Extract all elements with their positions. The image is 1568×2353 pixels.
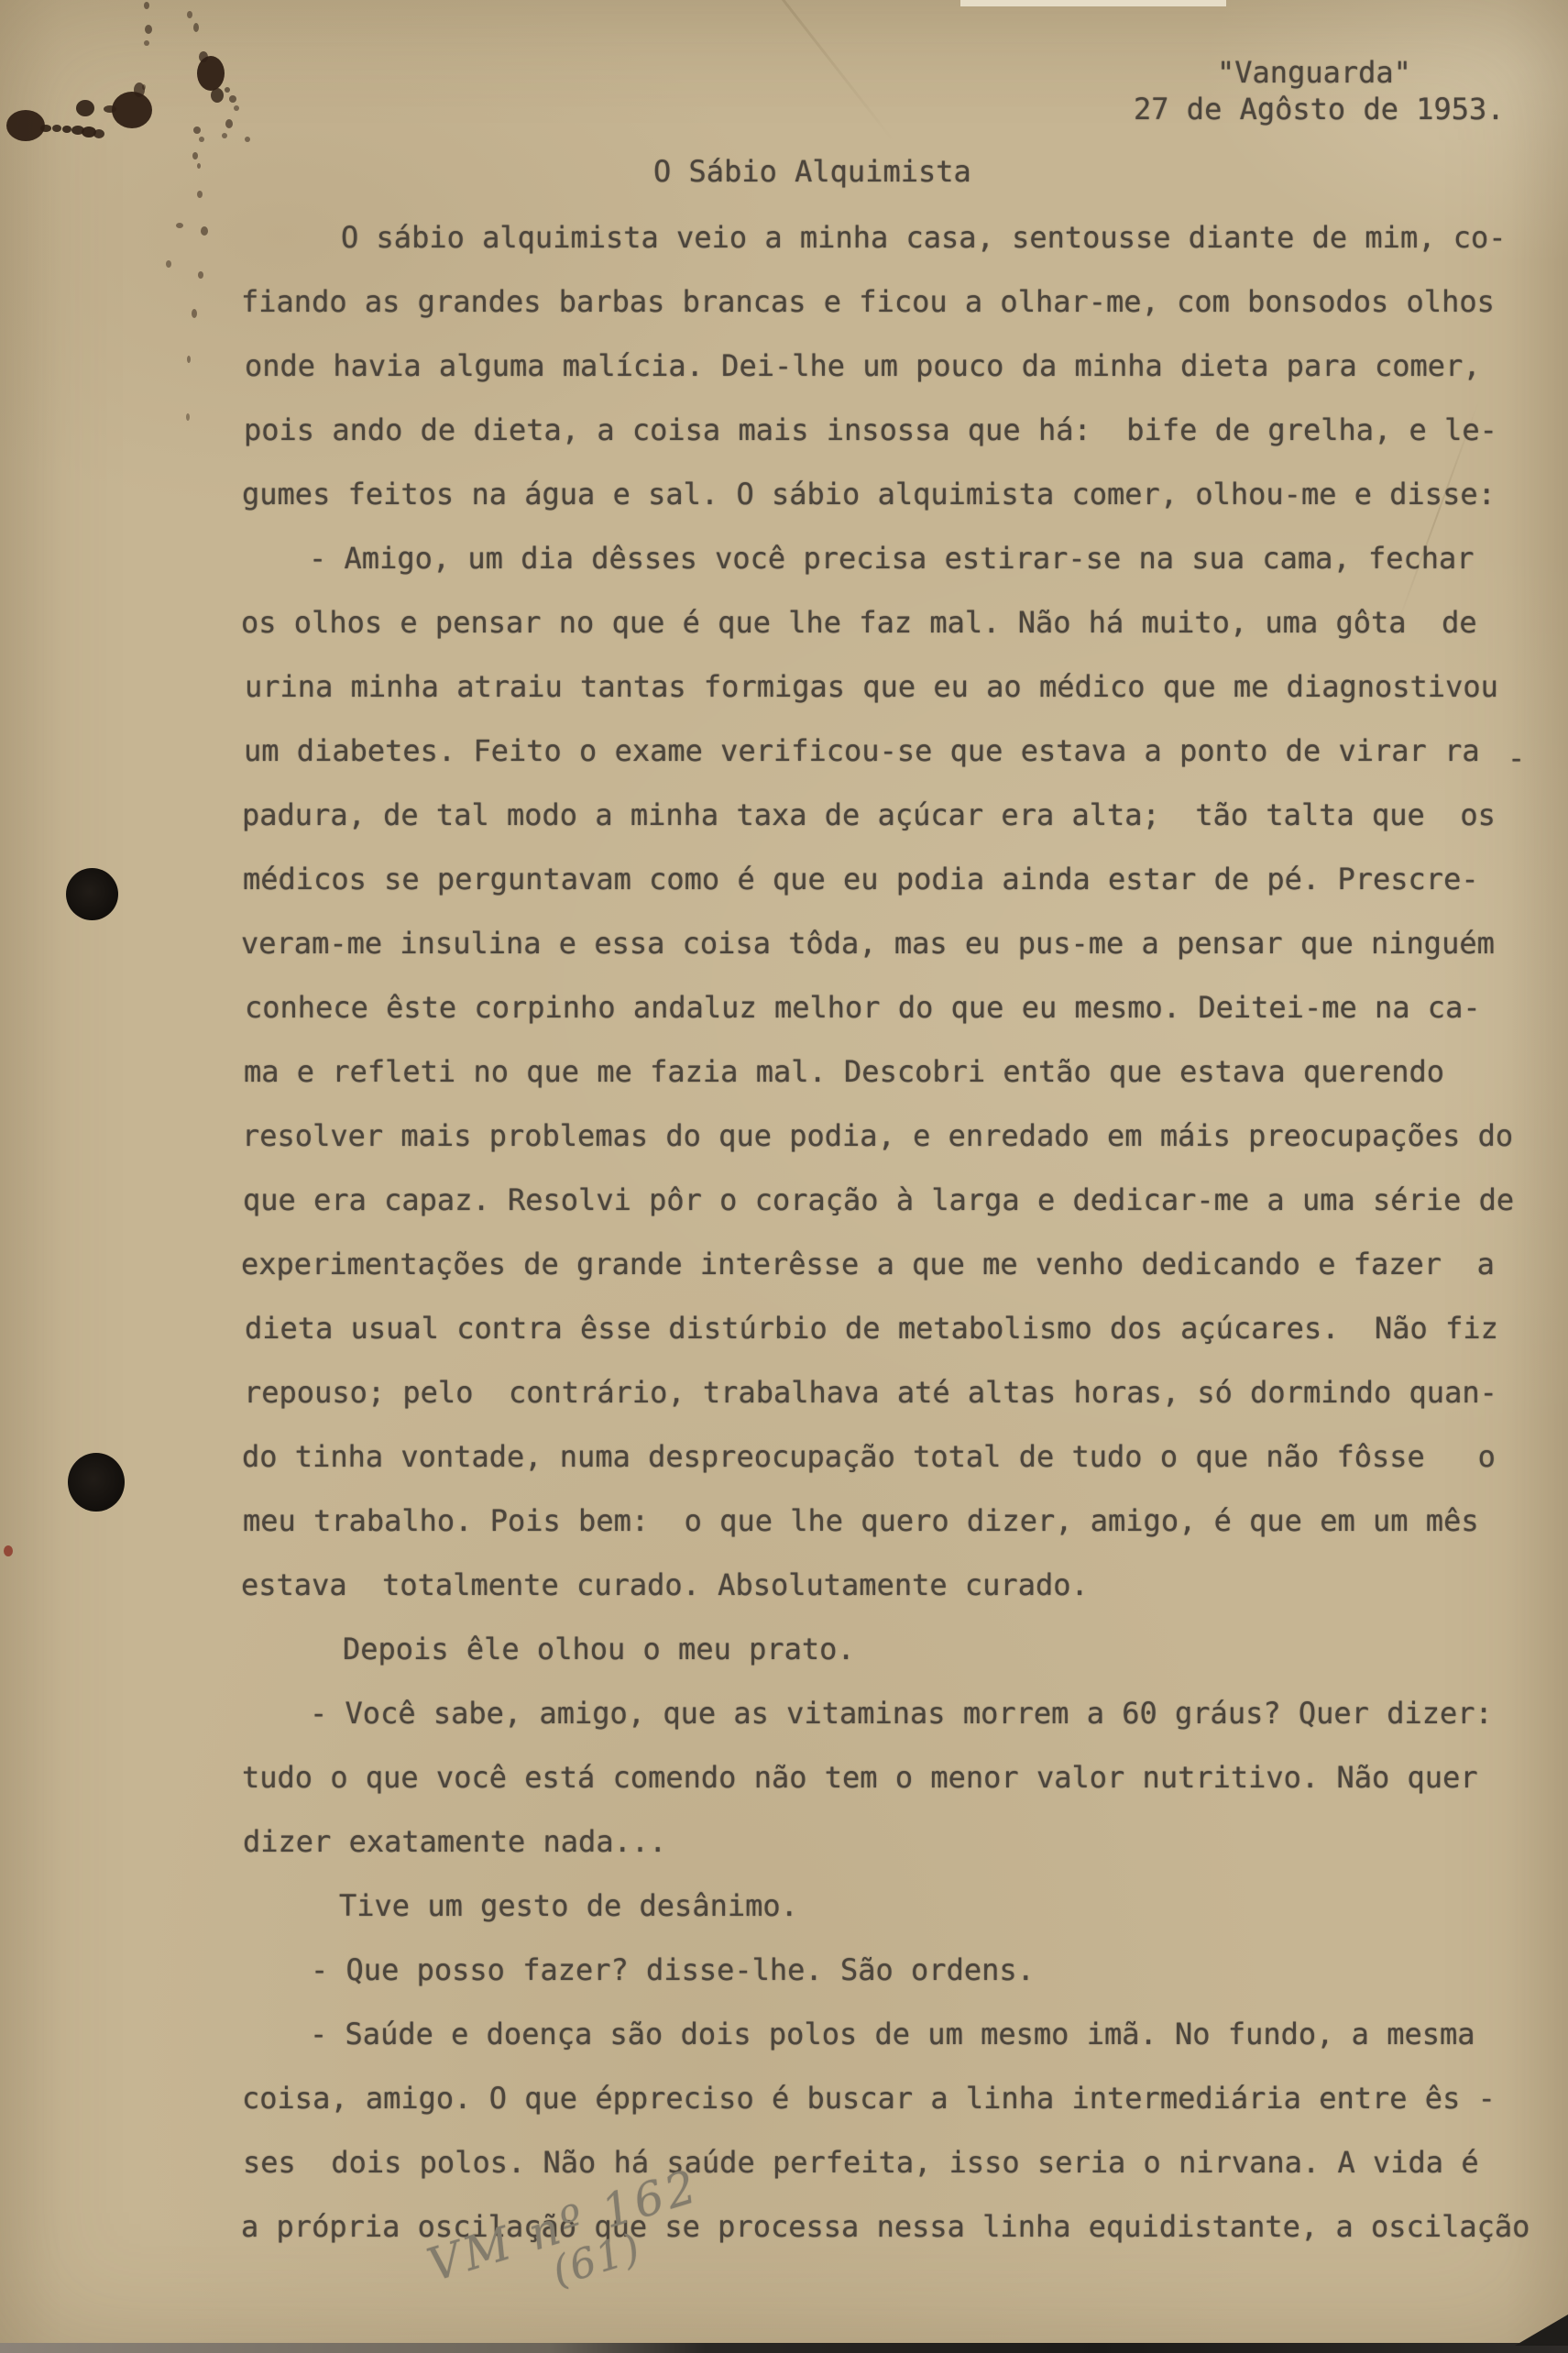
body-line: Tive um gesto de desânimo. <box>339 1888 798 1923</box>
body-line: resolver mais problemas do que podia, e … <box>242 1118 1513 1153</box>
body-line: conhece êste corpinho andaluz melhor do … <box>245 990 1481 1025</box>
body-line: médicos se perguntavam como é que eu pod… <box>243 862 1479 896</box>
body-line: tudo o que você está comendo não tem o m… <box>242 1760 1478 1795</box>
body-line: gumes feitos na água e sal. O sábio alqu… <box>242 477 1496 511</box>
body-line: que era capaz. Resolvi pôr o coração à l… <box>243 1182 1514 1217</box>
date-line: 27 de Agôsto de 1953. <box>1134 92 1505 126</box>
paper-edge-top <box>960 0 1226 6</box>
body-line: os olhos e pensar no que é que lhe faz m… <box>241 605 1477 640</box>
body-line: um diabetes. Feito o exame verificou-se … <box>244 733 1480 768</box>
hole-punch-bottom <box>68 1453 125 1512</box>
body-line: ses dois polos. Não há saúde perfeita, i… <box>243 2145 1479 2180</box>
body-line: dizer exatamente nada... <box>243 1824 666 1859</box>
body-line: dieta usual contra êsse distúrbio de met… <box>245 1311 1498 1346</box>
body-line: ma e refleti no que me fazia mal. Descob… <box>244 1054 1444 1089</box>
scan-edge-bottom <box>0 2343 1568 2353</box>
document-page: "Vanguarda" 27 de Agôsto de 1953. O Sábi… <box>0 0 1568 2353</box>
body-line: meu trabalho. Pois bem: o que lhe quero … <box>243 1503 1479 1538</box>
body-line: O sábio alquimista veio a minha casa, se… <box>341 220 1507 255</box>
body-line: Depois êle olhou o meu prato. <box>343 1632 855 1666</box>
body-line: - Você sabe, amigo, que as vitaminas mor… <box>310 1696 1493 1731</box>
body-line: - Saúde e doença são dois polos de um me… <box>310 2017 1475 2051</box>
body-line: coisa, amigo. O que éppreciso é buscar a… <box>242 2081 1496 2116</box>
scan-edge-corner <box>1515 2315 1568 2346</box>
body-line: veram-me insulina e essa coisa tôda, mas… <box>241 926 1495 961</box>
body-line: - Que posso fazer? disse-lhe. São ordens… <box>311 1952 1035 1987</box>
body-line: fiando as grandes barbas brancas e ficou… <box>241 284 1495 319</box>
correction-dash: - <box>1508 741 1525 775</box>
body-line: pois ando de dieta, a coisa mais insossa… <box>244 412 1497 447</box>
red-speck <box>4 1545 13 1556</box>
hole-punch-top <box>66 868 118 920</box>
body-line: urina minha atraiu tantas formigas que e… <box>245 669 1498 704</box>
body-line: estava totalmente curado. Absolutamente … <box>241 1567 1089 1602</box>
body-line: experimentações de grande interêsse a qu… <box>241 1247 1495 1281</box>
body-line: padura, de tal modo a minha taxa de açúc… <box>242 797 1496 832</box>
paper-crease <box>774 0 895 142</box>
body-line: do tinha vontade, numa despreocupação to… <box>242 1439 1496 1474</box>
annotation-handwritten: VM nº 162 (61) <box>422 2159 717 2329</box>
masthead: "Vanguarda" <box>1217 55 1411 90</box>
page-title: O Sábio Alquimista <box>653 154 971 189</box>
body-line: repouso; pelo contrário, trabalhava até … <box>244 1375 1497 1410</box>
body-line: onde havia alguma malícia. Dei-lhe um po… <box>245 348 1481 383</box>
body-line: - Amigo, um dia dêsses você precisa esti… <box>309 541 1475 576</box>
